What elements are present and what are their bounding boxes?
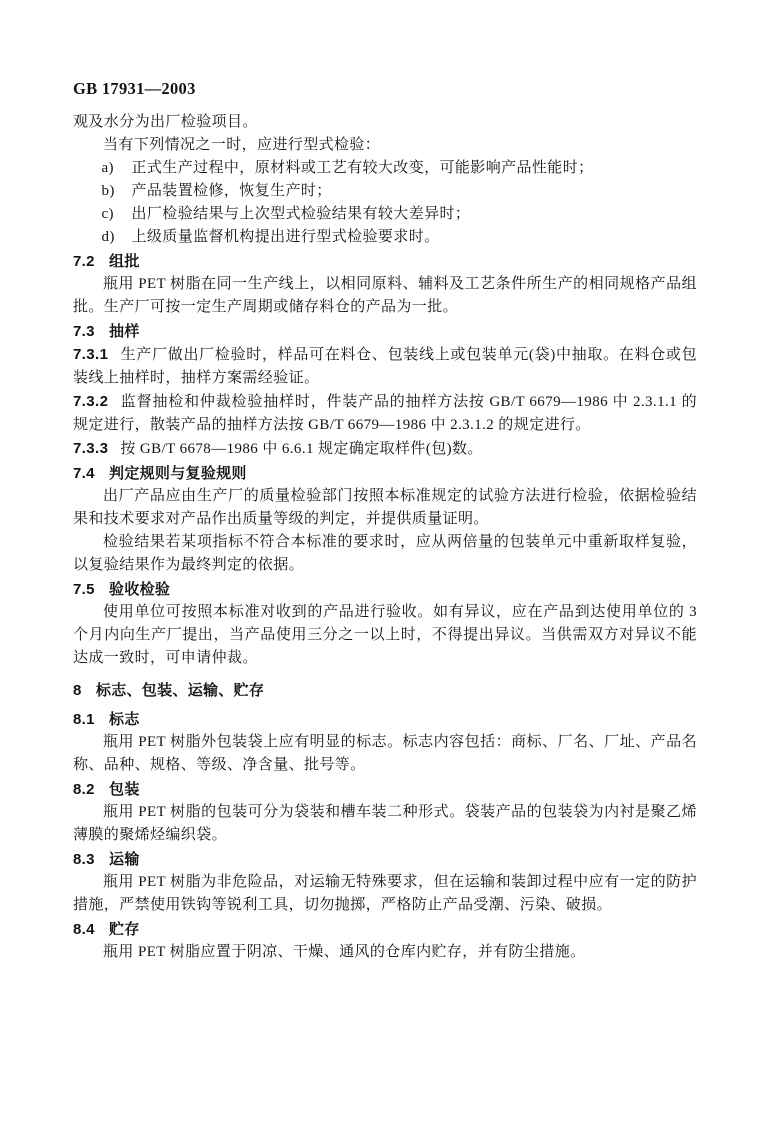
paragraph: 瓶用 PET 树脂应置于阴凉、干燥、通风的仓库内贮存，并有防尘措施。 (73, 941, 697, 964)
paragraph: 出厂产品应由生产厂的质量检验部门按照本标准规定的试验方法进行检验，依据检验结果和… (73, 485, 697, 531)
list-label: a) (102, 157, 132, 180)
clause-paragraph-7-3-3: 7.3.3按 GB/T 6678—1986 中 6.6.1 规定确定取样件(包)… (73, 437, 697, 461)
paragraph: 使用单位可按照本标准对收到的产品进行验收。如有异议，应在产品到达使用单位的 3 … (73, 601, 697, 670)
chapter-title: 标志、包装、运输、贮存 (96, 682, 264, 699)
list-text: 产品装置检修，恢复生产时； (132, 183, 332, 199)
section-number: 7.4 (73, 465, 95, 482)
clause-paragraph-7-3-2: 7.3.2监督抽检和仲裁检验抽样时，件装产品的抽样方法按 GB/T 6679—1… (73, 390, 697, 437)
section-title: 抽样 (109, 323, 140, 340)
document-body: 观及水分为出厂检验项目。 当有下列情况之一时，应进行型式检验： a)正式生产过程… (73, 111, 697, 964)
section-title: 判定规则与复验规则 (109, 465, 247, 482)
list-label: b) (102, 180, 132, 203)
paragraph: 瓶用 PET 树脂在同一生产线上，以相同原料、辅料及工艺条件所生产的相同规格产品… (73, 273, 697, 319)
section-heading-7-3: 7.3抽样 (73, 320, 697, 343)
section-heading-7-2: 7.2组批 (73, 250, 697, 273)
clause-number: 7.3.3 (73, 440, 108, 457)
clause-text: 按 GB/T 6678—1986 中 6.6.1 规定确定取样件(包)数。 (120, 441, 482, 457)
list-label: d) (102, 226, 132, 249)
chapter-number: 8 (73, 682, 82, 699)
list-item-b: b)产品装置检修，恢复生产时； (73, 180, 697, 203)
running-header: GB 17931—2003 (73, 80, 697, 98)
paragraph: 观及水分为出厂检验项目。 (73, 111, 697, 134)
section-heading-8-2: 8.2包装 (73, 778, 697, 801)
list-label: c) (102, 203, 132, 226)
section-number: 8.2 (73, 781, 95, 798)
chapter-heading-8: 8标志、包装、运输、贮存 (73, 679, 697, 702)
section-number: 7.3 (73, 323, 95, 340)
section-heading-8-3: 8.3运输 (73, 848, 697, 871)
list-text: 出厂检验结果与上次型式检验结果有较大差异时； (132, 206, 471, 222)
section-number: 8.4 (73, 921, 95, 938)
list-item-c: c)出厂检验结果与上次型式检验结果有较大差异时； (73, 203, 697, 226)
paragraph: 瓶用 PET 树脂的包装可分为袋装和槽车装二种形式。袋装产品的包装袋为内衬是聚乙… (73, 801, 697, 847)
section-heading-8-4: 8.4贮存 (73, 918, 697, 941)
section-number: 8.3 (73, 851, 95, 868)
clause-text: 生产厂做出厂检验时，样品可在料仓、包装线上或包装单元(袋)中抽取。在料仓或包装线… (73, 347, 697, 386)
section-title: 标志 (109, 711, 140, 728)
clause-paragraph-7-3-1: 7.3.1生产厂做出厂检验时，样品可在料仓、包装线上或包装单元(袋)中抽取。在料… (73, 343, 697, 390)
paragraph: 检验结果若某项指标不符合本标准的要求时，应从两倍量的包装单元中重新取样复验，以复… (73, 531, 697, 577)
section-number: 7.2 (73, 253, 95, 270)
list-item-d: d)上级质量监督机构提出进行型式检验要求时。 (73, 226, 697, 249)
section-title: 组批 (109, 253, 140, 270)
list-text: 上级质量监督机构提出进行型式检验要求时。 (132, 229, 440, 245)
section-title: 验收检验 (109, 581, 170, 598)
clause-number: 7.3.2 (73, 393, 108, 410)
section-title: 贮存 (109, 921, 140, 938)
section-heading-7-4: 7.4判定规则与复验规则 (73, 462, 697, 485)
section-number: 7.5 (73, 581, 95, 598)
section-heading-8-1: 8.1标志 (73, 708, 697, 731)
paragraph: 瓶用 PET 树脂外包装袋上应有明显的标志。标志内容包括：商标、厂名、厂址、产品… (73, 731, 697, 777)
section-title: 包装 (109, 781, 140, 798)
paragraph: 当有下列情况之一时，应进行型式检验： (73, 134, 697, 157)
clause-number: 7.3.1 (73, 346, 108, 363)
document-page: GB 17931—2003 观及水分为出厂检验项目。 当有下列情况之一时，应进行… (0, 0, 769, 1122)
section-heading-7-5: 7.5验收检验 (73, 578, 697, 601)
list-text: 正式生产过程中，原材料或工艺有较大改变，可能影响产品性能时； (132, 160, 594, 176)
section-number: 8.1 (73, 711, 95, 728)
list-item-a: a)正式生产过程中，原材料或工艺有较大改变，可能影响产品性能时； (73, 157, 697, 180)
section-title: 运输 (109, 851, 140, 868)
paragraph: 瓶用 PET 树脂为非危险品，对运输无特殊要求，但在运输和装卸过程中应有一定的防… (73, 871, 697, 917)
clause-text: 监督抽检和仲裁检验抽样时，件装产品的抽样方法按 GB/T 6679—1986 中… (73, 394, 697, 433)
